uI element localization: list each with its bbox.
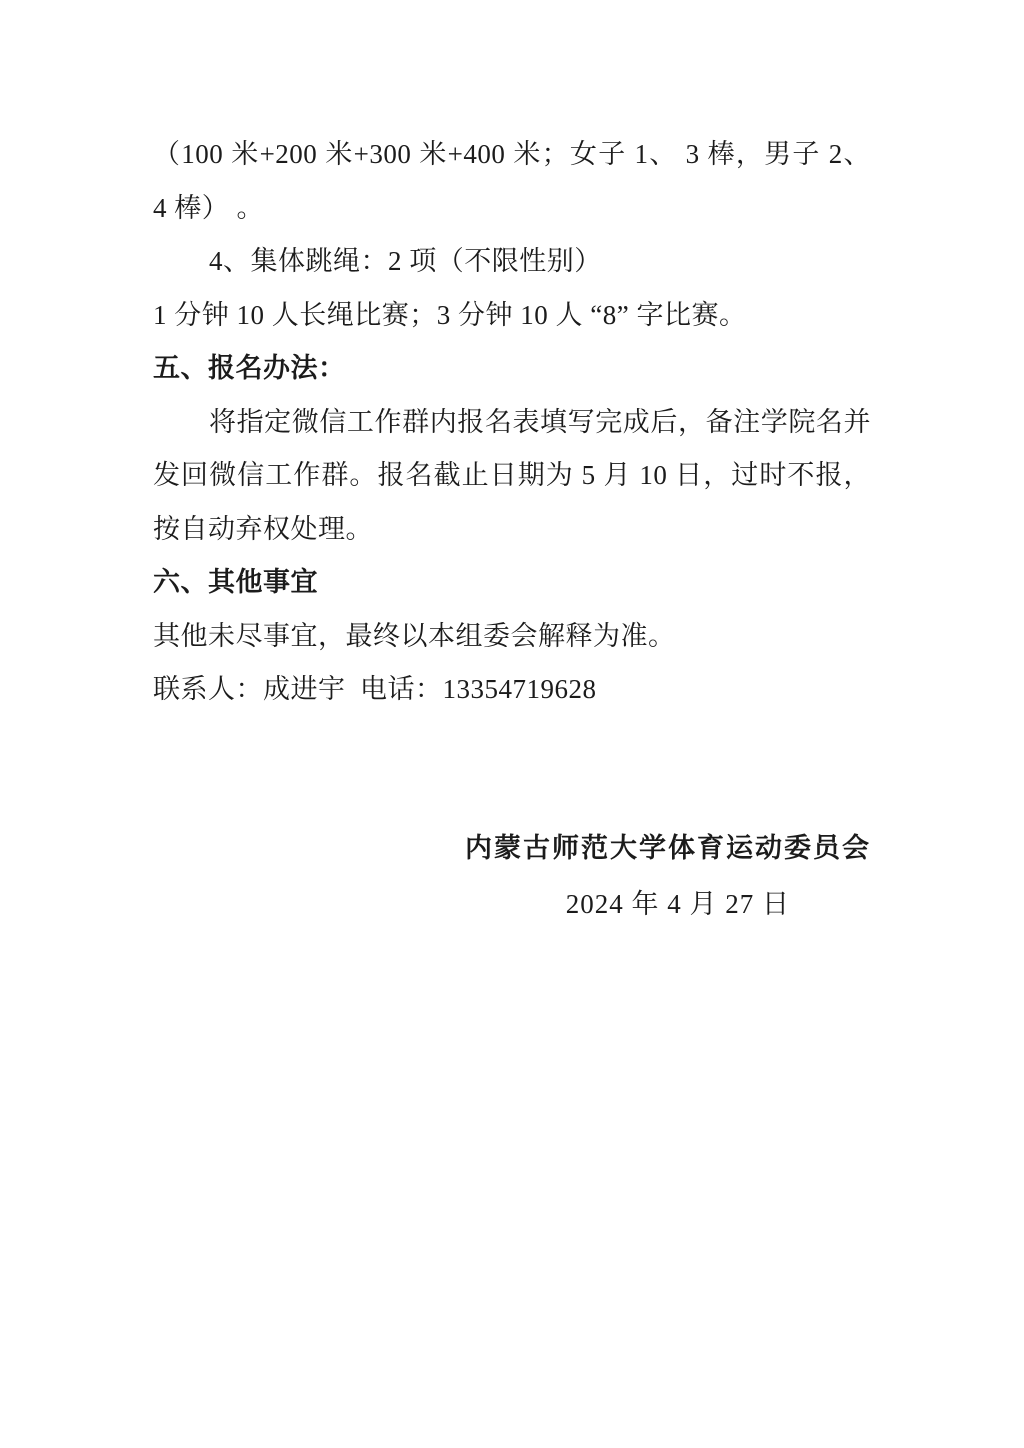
document-body: （100 米+200 米+300 米+400 米；女子 1、 3 棒，男子 2、…: [153, 128, 871, 717]
paragraph-relay-continuation-line-2: 4 棒） 。: [153, 182, 871, 236]
list-item-group-rope-skipping: 4、集体跳绳：2 项（不限性别）: [153, 235, 871, 289]
paragraph-registration-line-1: 将指定微信工作群内报名表填写完成后，备注学院名并: [153, 396, 871, 450]
document-page: （100 米+200 米+300 米+400 米；女子 1、 3 棒，男子 2、…: [0, 0, 1024, 1448]
paragraph-registration-line-2: 发回微信工作群。报名截止日期为 5 月 10 日，过时不报，: [153, 449, 871, 503]
signature-organization: 内蒙古师范大学体育运动委员会: [153, 822, 871, 876]
section-heading-other-matters: 六、其他事宜: [153, 556, 871, 610]
section-heading-registration: 五、报名办法：: [153, 342, 871, 396]
paragraph-other-matters: 其他未尽事宜，最终以本组委会解释为准。: [153, 610, 871, 664]
paragraph-registration-line-3: 按自动弃权处理。: [153, 503, 871, 557]
signature-block: 内蒙古师范大学体育运动委员会 2024 年 4 月 27 日: [153, 822, 871, 931]
paragraph-relay-continuation-line-1: （100 米+200 米+300 米+400 米；女子 1、 3 棒，男子 2、: [153, 128, 871, 182]
contact-line: 联系人：成进宇 电话：13354719628: [153, 663, 871, 717]
paragraph-rope-events: 1 分钟 10 人长绳比赛；3 分钟 10 人 “8” 字比赛。: [153, 289, 871, 343]
signature-date: 2024 年 4 月 27 日: [153, 878, 871, 932]
